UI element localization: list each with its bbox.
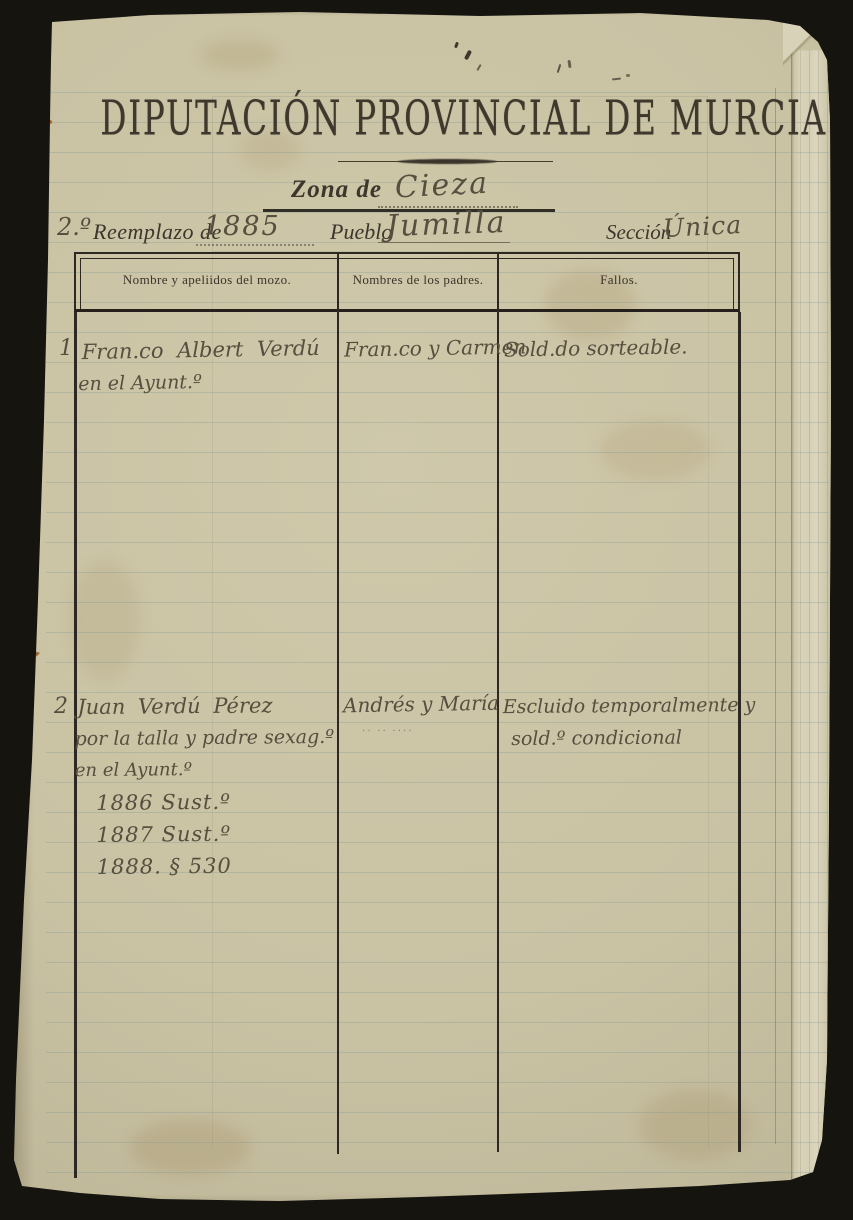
ink-smudge — [464, 50, 472, 61]
bottom-edge-shadow — [0, 1194, 853, 1220]
column-header-padres: Nombres de los padres. — [343, 272, 493, 288]
document-title-text: DIPUTACIÓN PROVINCIAL DE MURCIA. — [100, 91, 839, 146]
seccion-label: Sección — [606, 220, 671, 245]
table-row-fallos: Escluido temporalmente y sold.º condicio… — [503, 689, 756, 755]
fallos-line: sold.º condicional — [511, 721, 756, 755]
row-number: 1 — [59, 336, 73, 361]
column-header-mozo: Nombre y apeliidos del mozo. — [80, 272, 334, 288]
reemplazo-number-handwritten: 2.º — [57, 213, 91, 241]
reemplazo-label: Reemplazo de — [93, 219, 222, 245]
mozo-name: Fran.co Albert Verdú — [81, 332, 320, 368]
ink-smudge — [476, 64, 481, 71]
zona-label: Zona de — [291, 176, 382, 204]
row-number: 2 — [54, 694, 68, 719]
mozo-year-note: 1886 Sust.º — [96, 785, 335, 819]
column-header-fallos: Fallos. — [503, 272, 735, 288]
reemplazo-year-handwritten: 1885 — [204, 211, 281, 242]
divider-lens — [398, 159, 497, 164]
mozo-year-note: 1887 Sust.º — [96, 817, 335, 851]
paper-stain — [130, 1120, 250, 1175]
fallos-line: Escluido temporalmente y — [503, 689, 756, 723]
zona-value-handwritten: Cieza — [394, 166, 490, 206]
mozo-note: en el Ayunt.º — [75, 753, 335, 787]
binding-thread-icon — [12, 104, 56, 140]
table-divider-2 — [497, 312, 499, 1152]
ink-smudge — [626, 74, 630, 77]
table-row-padres: Fran.co y Carmen — [344, 334, 527, 361]
top-edge-shadow — [0, 0, 853, 16]
pueblo-value-handwritten: Jumilla — [385, 205, 507, 244]
swelled-rule-divider — [338, 158, 553, 166]
paper-stain — [200, 40, 280, 70]
paper-stain — [640, 1090, 750, 1160]
ink-smudge — [557, 64, 562, 73]
right-margin-rule — [775, 88, 776, 1144]
header-divider-1 — [337, 254, 339, 312]
reemplazo-dotted-underline — [196, 244, 314, 246]
paper-stain — [600, 420, 710, 480]
mozo-note: en el Ayunt.º — [78, 364, 321, 400]
top-right-fold — [783, 16, 829, 68]
table-row-mozo: Fran.co Albert Verdú en el Ayunt.º — [81, 332, 320, 400]
binding-thread-icon — [16, 646, 48, 668]
mozo-note: por la talla y padre sexag.º — [74, 721, 334, 755]
padres-dots-mark: ·· ·· ···· — [362, 726, 414, 737]
table-row-fallos: Sold.do sorteable. — [504, 334, 688, 361]
ink-smudge — [454, 42, 459, 49]
scanned-document-page: { "document": { "title": "DIPUTACIÓN PRO… — [0, 0, 853, 1220]
document-title: DIPUTACIÓN PROVINCIAL DE MURCIA. — [50, 97, 790, 140]
ink-smudge — [612, 78, 621, 81]
table-row-mozo: Juan Verdú Pérez por la talla y padre se… — [77, 689, 335, 883]
pueblo-underline — [378, 242, 510, 243]
left-edge-shadow — [0, 0, 34, 1220]
paper-stain — [70, 560, 140, 680]
table-row-padres: Andrés y María — [343, 691, 499, 718]
mozo-year-note: 1888. § 530 — [97, 849, 336, 883]
paper-sheet: DIPUTACIÓN PROVINCIAL DE MURCIA. Zona de… — [0, 0, 853, 1220]
mozo-name: Juan Verdú Pérez — [77, 689, 334, 723]
ink-smudge — [567, 60, 571, 68]
table-divider-1 — [337, 312, 339, 1154]
seccion-value-handwritten: Única — [662, 210, 742, 243]
header-divider-2 — [497, 254, 499, 312]
